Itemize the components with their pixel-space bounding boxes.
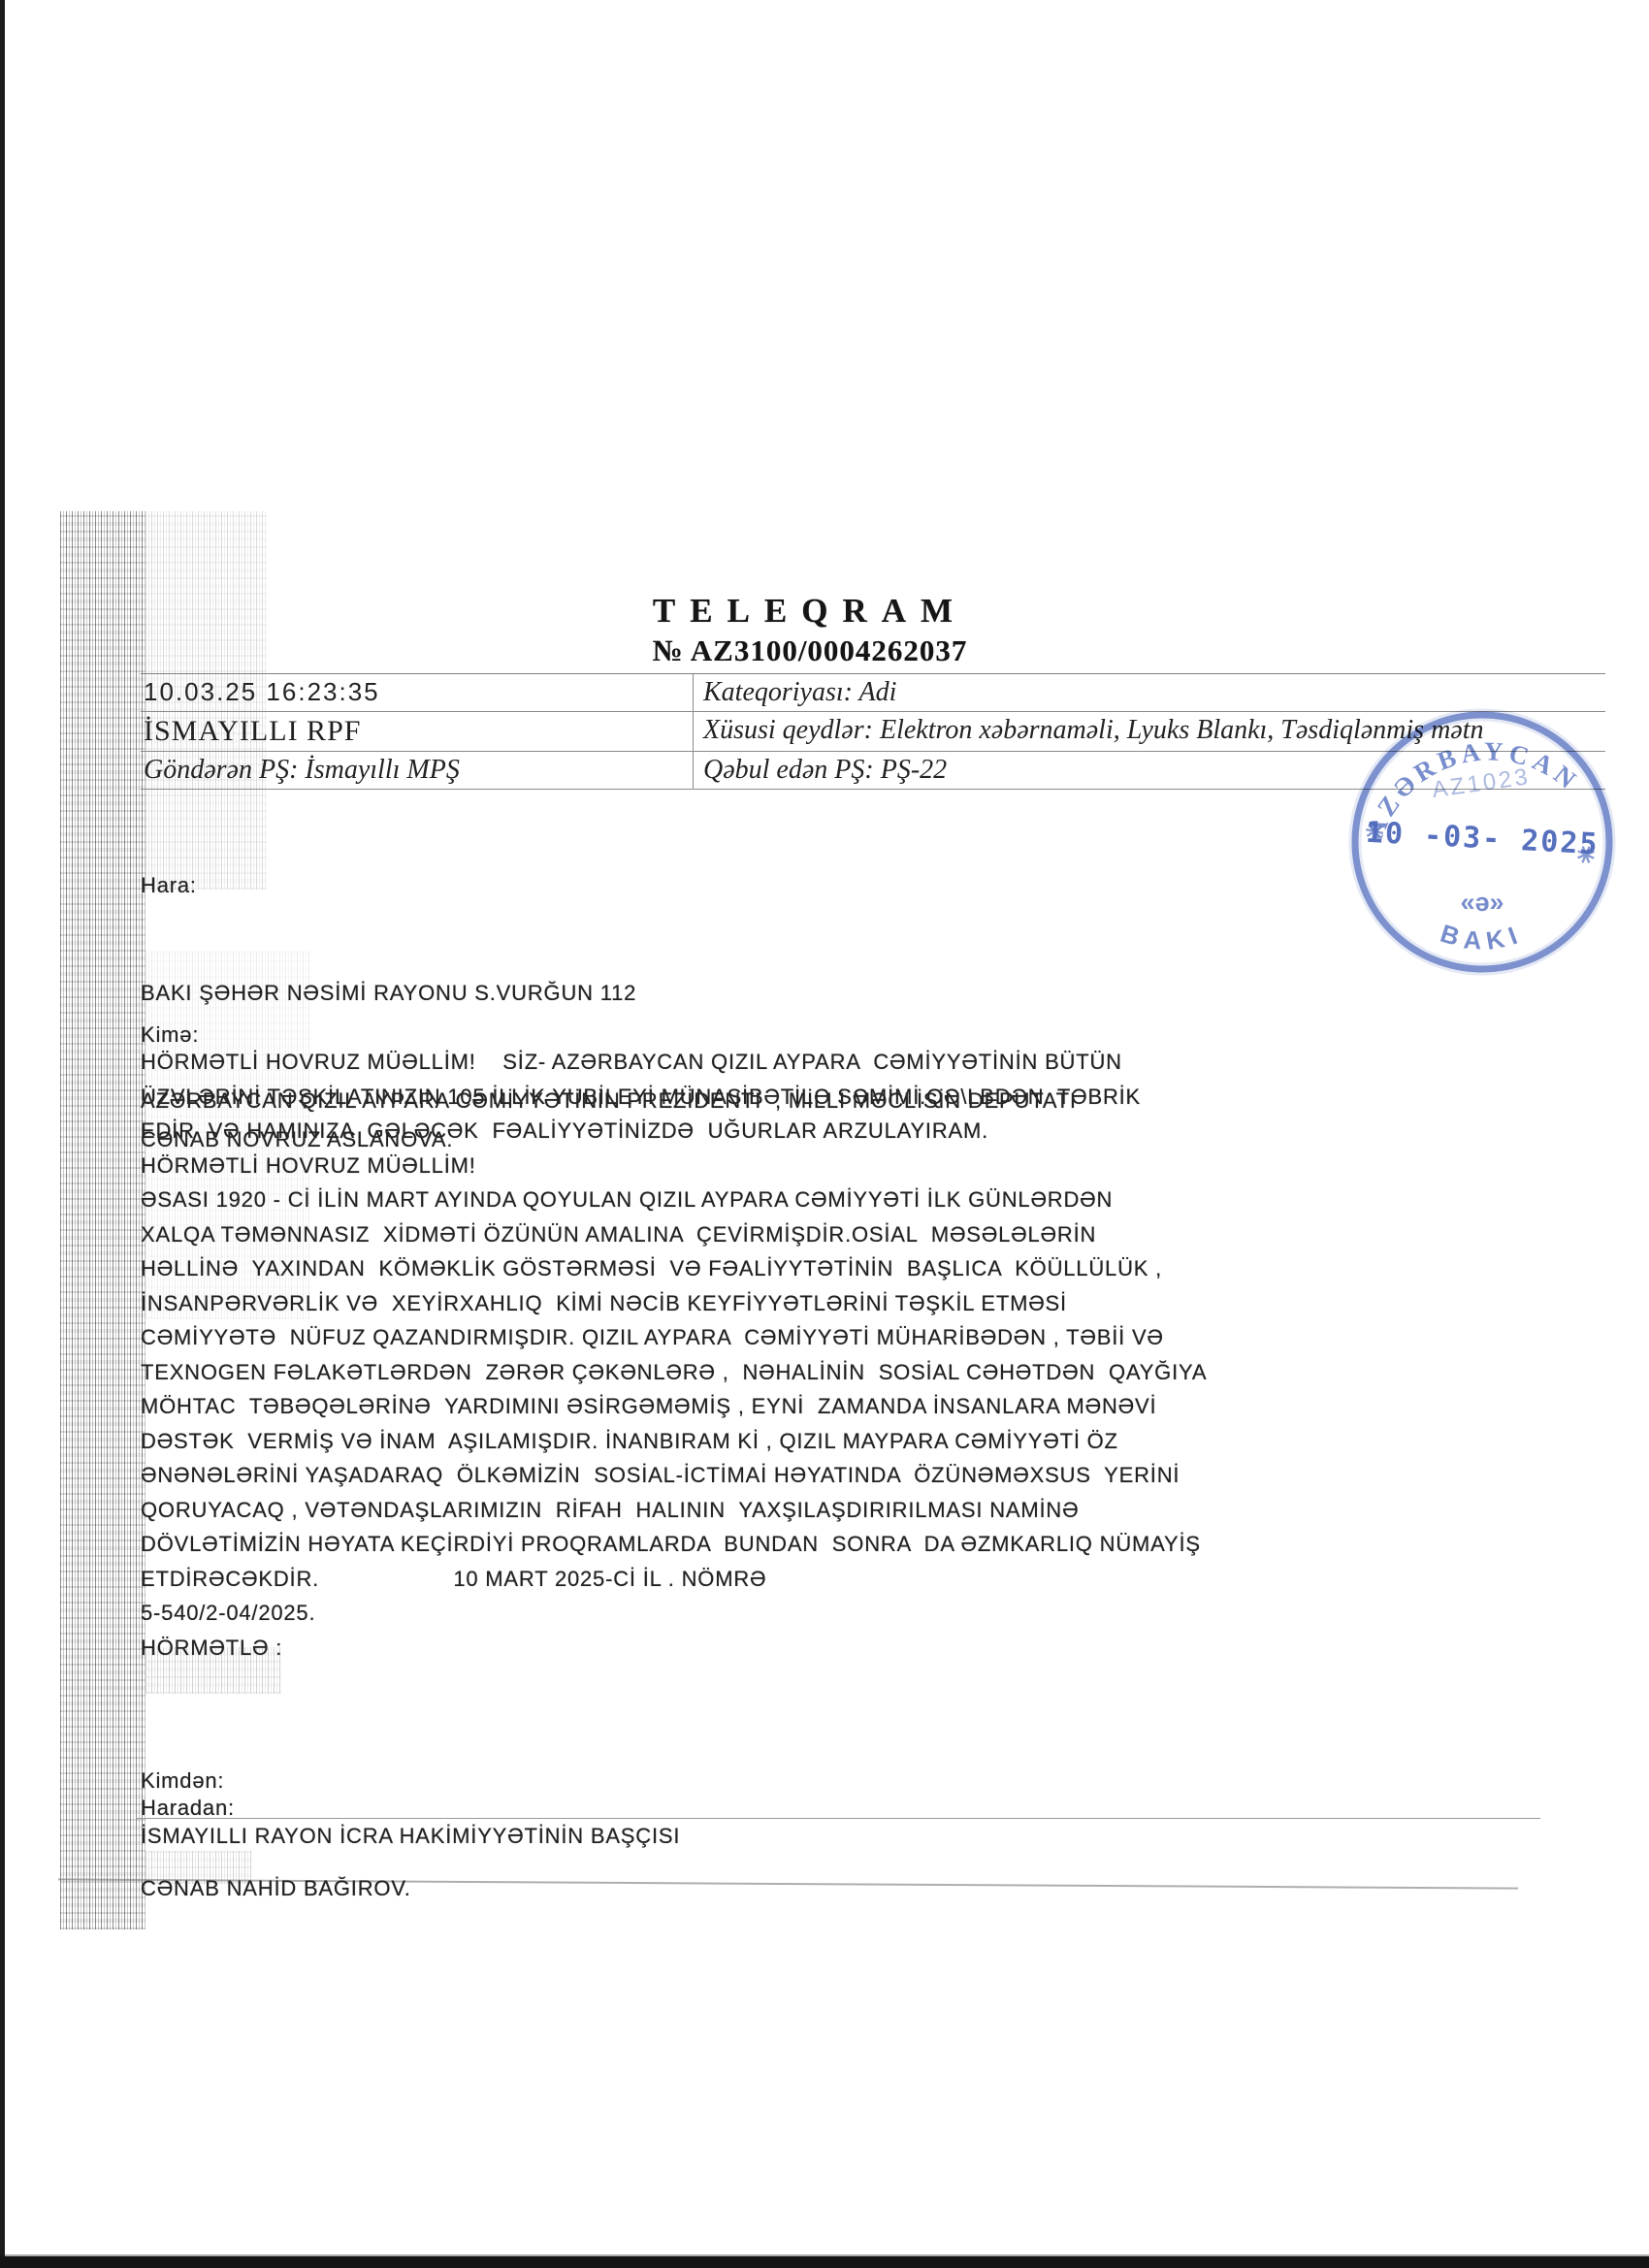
origin-label: Haradan:	[141, 1791, 235, 1826]
document-number: № AZ3100/0004262037	[238, 633, 1382, 668]
origin-name: İSMAYILLI RAYON İCRA HAKİMİYYƏTİNİN BAŞÇ…	[141, 1824, 680, 1849]
body-line: ƏNƏNƏLƏRİNİ YAŞADARAQ ÖLKƏMİZİN SOSİAL-İ…	[141, 1458, 1207, 1493]
stamp-city-text: BAKI	[1437, 919, 1527, 956]
body-line: TEXNOGEN FƏLAKƏTLƏRDƏN ZƏRƏR ÇƏKƏNLƏRƏ ,…	[141, 1355, 1207, 1390]
body-line: DƏSTƏK VERMİŞ VƏ İNAM AŞILAMIŞDIR. İNANB…	[141, 1424, 1207, 1459]
scan-edge-bottom	[0, 2256, 1649, 2268]
divider-line	[136, 1818, 1540, 1819]
postal-stamp: AZƏRBAYCAN AZ1023 10 -03- 2025 «ə» BAKI	[1342, 701, 1623, 983]
meta-datetime: 10.03.25 16:23:35	[141, 674, 694, 711]
sender-name: CƏNAB NAHİD BAĞIROV.	[141, 1870, 411, 1906]
svg-text:BAKI: BAKI	[1437, 919, 1527, 956]
body-line: HÖRMƏTLİ HOVRUZ MÜƏLLİM!	[141, 1149, 1207, 1183]
body-line: CƏMİYYƏTƏ NÜFUZ QAZANDIRMIŞDIR. QIZIL AY…	[141, 1320, 1207, 1355]
meta-office: İSMAYILLI RPF	[141, 712, 694, 751]
body-line: İNSANPƏRVƏRLİK VƏ XEYİRXAHLIQ KİMİ NƏCİB…	[141, 1286, 1207, 1321]
body-line: XALQA TƏMƏNNASIZ XİDMƏTİ ÖZÜNÜN AMALINA …	[141, 1217, 1207, 1252]
body-line: QORUYACAQ , VƏTƏNDAŞLARIMIZIN RİFAH HALI…	[141, 1493, 1207, 1528]
scanner-noise-band	[60, 511, 145, 1929]
scan-edge-left	[0, 0, 5, 2268]
postal-stamp-graphic: AZƏRBAYCAN AZ1023 10 -03- 2025 «ə» BAKI	[1342, 701, 1623, 983]
scanned-telegram-page: TELEQRAM № AZ3100/0004262037 10.03.25 16…	[0, 0, 1649, 2268]
body-line: HƏLLİNƏ YAXINDAN KÖMƏKLİK GÖSTƏRMƏSİ VƏ …	[141, 1251, 1207, 1286]
body-line: ÜZVLƏRİNİ TƏŞKİLATINIZIN 105 İLLİK YUBİL…	[141, 1080, 1207, 1115]
body-line: ETDİRƏCƏKDİR. 10 MART 2025-Cİ İL . NÖMRƏ	[141, 1562, 1207, 1597]
body-line: HÖRMƏTLİ HOVRUZ MÜƏLLİM! SİZ- AZƏRBAYCAN…	[141, 1045, 1207, 1080]
body-line: 5-540/2-04/2025.	[141, 1596, 1207, 1631]
body-line: EDİR VƏ HAMINIZA GƏLƏCƏK FƏALİYYƏTİNİZDƏ…	[141, 1114, 1207, 1149]
stamp-letter-text: «ə»	[1460, 888, 1503, 917]
body-line: HÖRMƏTLƏ :	[141, 1631, 1207, 1666]
document-title: TELEQRAM	[238, 592, 1382, 631]
meta-sender-office: Göndərən PŞ: İsmayıllı MPŞ	[141, 752, 694, 789]
stamp-date-text: 10 -03- 2025	[1365, 816, 1600, 862]
body-line: MÖHTAC TƏBƏQƏLƏRİNƏ YARDIMINI ƏSİRGƏMƏMİ…	[141, 1389, 1207, 1424]
body-line: ƏSASI 1920 - Cİ İLİN MART AYINDA QOYULAN…	[141, 1183, 1207, 1217]
destination-label: Hara:	[141, 867, 1077, 903]
body-line: DÖVLƏTİMİZİN HƏYATA KEÇİRDİYİ PROQRAMLAR…	[141, 1527, 1207, 1562]
telegram-body: HÖRMƏTLİ HOVRUZ MÜƏLLİM! SİZ- AZƏRBAYCAN…	[141, 1045, 1207, 1665]
